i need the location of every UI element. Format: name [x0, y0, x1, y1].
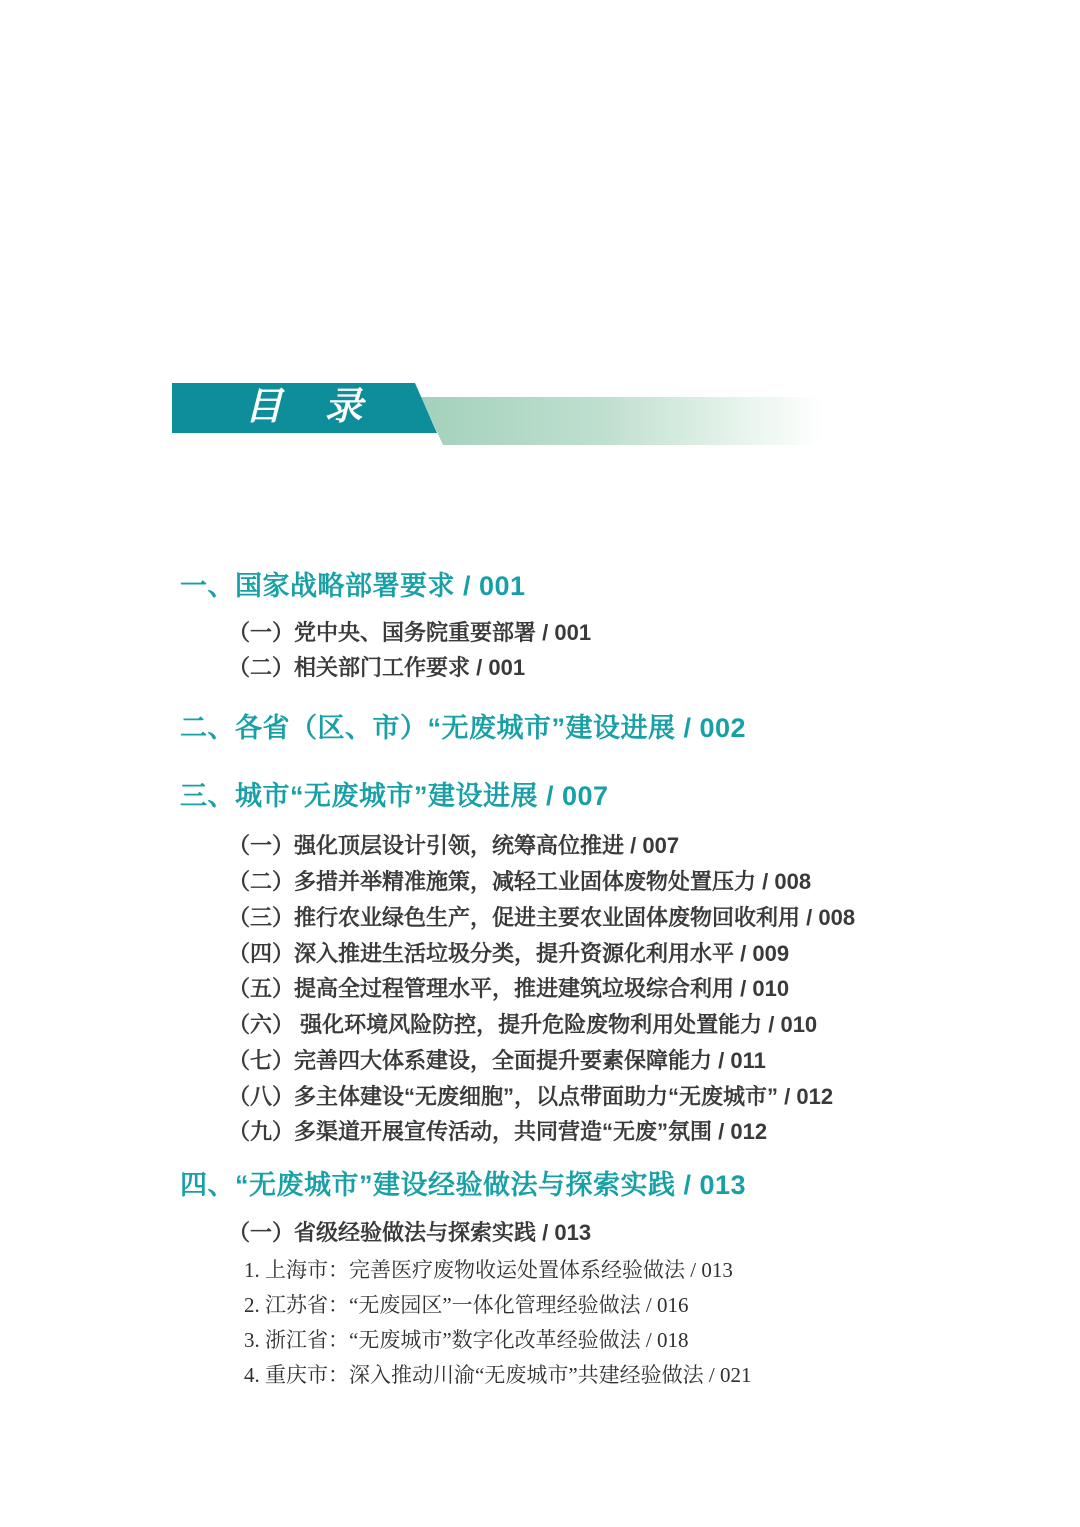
- toc-subitem: 2. 江苏省：“无废园区”一体化管理经验做法 / 016: [244, 1294, 688, 1317]
- toc-item-page: / 001: [536, 620, 591, 645]
- banner: 目 录: [172, 383, 437, 433]
- toc-section-4: 四、“无废城市”建设经验做法与探索实践 / 013: [180, 1171, 746, 1201]
- toc-section-2-page: / 002: [676, 713, 747, 743]
- toc-item-text: （五）提高全过程管理水平，推进建筑垃圾综合利用: [228, 976, 734, 1001]
- toc-item: （七）完善四大体系建设，全面提升要素保障能力 / 011: [228, 1049, 766, 1073]
- toc-subitem-page: / 013: [685, 1258, 733, 1282]
- toc-subitem-page: / 018: [641, 1328, 689, 1352]
- toc-item-text: （二）多措并举精准施策，减轻工业固体废物处置压力: [228, 869, 756, 894]
- toc-item: （二）多措并举精准施策，减轻工业固体废物处置压力 / 008: [228, 870, 811, 894]
- toc-subitem: 4. 重庆市：深入推动川渝“无废城市”共建经验做法 / 021: [244, 1364, 751, 1387]
- toc-subitem: 1. 上海市：完善医疗废物收运处置体系经验做法 / 013: [244, 1259, 733, 1282]
- toc-section-2-title: 二、各省（区、市）“无废城市”建设进展: [180, 713, 676, 743]
- toc-subitem-page: / 021: [704, 1363, 752, 1387]
- toc-item: （八）多主体建设“无废细胞”，以点带面助力“无废城市” / 012: [228, 1085, 833, 1109]
- toc-item-page: / 012: [712, 1119, 767, 1144]
- toc-item-page: / 007: [624, 833, 679, 858]
- toc-section-2: 二、各省（区、市）“无废城市”建设进展 / 002: [180, 714, 746, 744]
- toc-item-page: / 012: [778, 1084, 833, 1109]
- toc-item-text: （三）推行农业绿色生产，促进主要农业固体废物回收利用: [228, 905, 800, 930]
- toc-subitem-page: / 016: [641, 1293, 689, 1317]
- toc-subitem: 3. 浙江省：“无废城市”数字化改革经验做法 / 018: [244, 1329, 688, 1352]
- toc-subitem-text: 1. 上海市：完善医疗废物收运处置体系经验做法: [244, 1258, 685, 1282]
- toc-item: （四）深入推进生活垃圾分类，提升资源化利用水平 / 009: [228, 942, 789, 966]
- toc-item-text: （七）完善四大体系建设，全面提升要素保障能力: [228, 1048, 712, 1073]
- banner-gradient-bar: [415, 397, 832, 445]
- toc-item-page: / 008: [756, 869, 811, 894]
- toc-section-1: 一、国家战略部署要求 / 001: [180, 572, 526, 602]
- toc-item: （九）多渠道开展宣传活动，共同营造“无废”氛围 / 012: [228, 1120, 767, 1144]
- toc-subitem-text: 3. 浙江省：“无废城市”数字化改革经验做法: [244, 1328, 641, 1352]
- toc-section-1-title: 一、国家战略部署要求: [180, 571, 455, 601]
- toc-item-text: （一）强化顶层设计引领，统筹高位推进: [228, 833, 624, 858]
- toc-item-text: （九）多渠道开展宣传活动，共同营造“无废”氛围: [228, 1119, 712, 1144]
- toc-item: （一）省级经验做法与探索实践 / 013: [228, 1221, 591, 1245]
- toc-section-3-page: / 007: [538, 781, 609, 811]
- toc-item: （二）相关部门工作要求 / 001: [228, 656, 525, 680]
- toc-item-text: （八）多主体建设“无废细胞”，以点带面助力“无废城市”: [228, 1084, 778, 1109]
- toc-item-page: / 001: [470, 655, 525, 680]
- toc-section-1-page: / 001: [455, 571, 526, 601]
- toc-item-text: （二）相关部门工作要求: [228, 655, 470, 680]
- toc-item-text: （六） 强化环境风险防控，提升危险废物利用处置能力: [228, 1012, 762, 1037]
- page-title: 目 录: [244, 388, 364, 429]
- toc-subitem-text: 4. 重庆市：深入推动川渝“无废城市”共建经验做法: [244, 1363, 704, 1387]
- toc-section-4-page: / 013: [676, 1170, 747, 1200]
- toc-item: （五）提高全过程管理水平，推进建筑垃圾综合利用 / 010: [228, 977, 789, 1001]
- toc-item-page: / 009: [734, 941, 789, 966]
- toc-item-text: （一）党中央、国务院重要部署: [228, 620, 536, 645]
- toc-section-3: 三、城市“无废城市”建设进展 / 007: [180, 782, 609, 812]
- toc-item: （三）推行农业绿色生产，促进主要农业固体废物回收利用 / 008: [228, 906, 855, 930]
- toc-item-page: / 013: [536, 1220, 591, 1245]
- toc-item-page: / 010: [762, 1012, 817, 1037]
- toc-item-page: / 008: [800, 905, 855, 930]
- toc-item: （一）党中央、国务院重要部署 / 001: [228, 621, 591, 645]
- toc-page: 目 录 一、国家战略部署要求 / 001 （一）党中央、国务院重要部署 / 00…: [0, 0, 1080, 1527]
- toc-item: （六） 强化环境风险防控，提升危险废物利用处置能力 / 010: [228, 1013, 817, 1037]
- toc-item-page: / 010: [734, 976, 789, 1001]
- toc-item-page: / 011: [712, 1048, 766, 1073]
- toc-subitem-text: 2. 江苏省：“无废园区”一体化管理经验做法: [244, 1293, 641, 1317]
- toc-section-4-title: 四、“无废城市”建设经验做法与探索实践: [180, 1170, 676, 1200]
- toc-item-text: （四）深入推进生活垃圾分类，提升资源化利用水平: [228, 941, 734, 966]
- toc-item-text: （一）省级经验做法与探索实践: [228, 1220, 536, 1245]
- toc-item: （一）强化顶层设计引领，统筹高位推进 / 007: [228, 834, 679, 858]
- toc-section-3-title: 三、城市“无废城市”建设进展: [180, 781, 538, 811]
